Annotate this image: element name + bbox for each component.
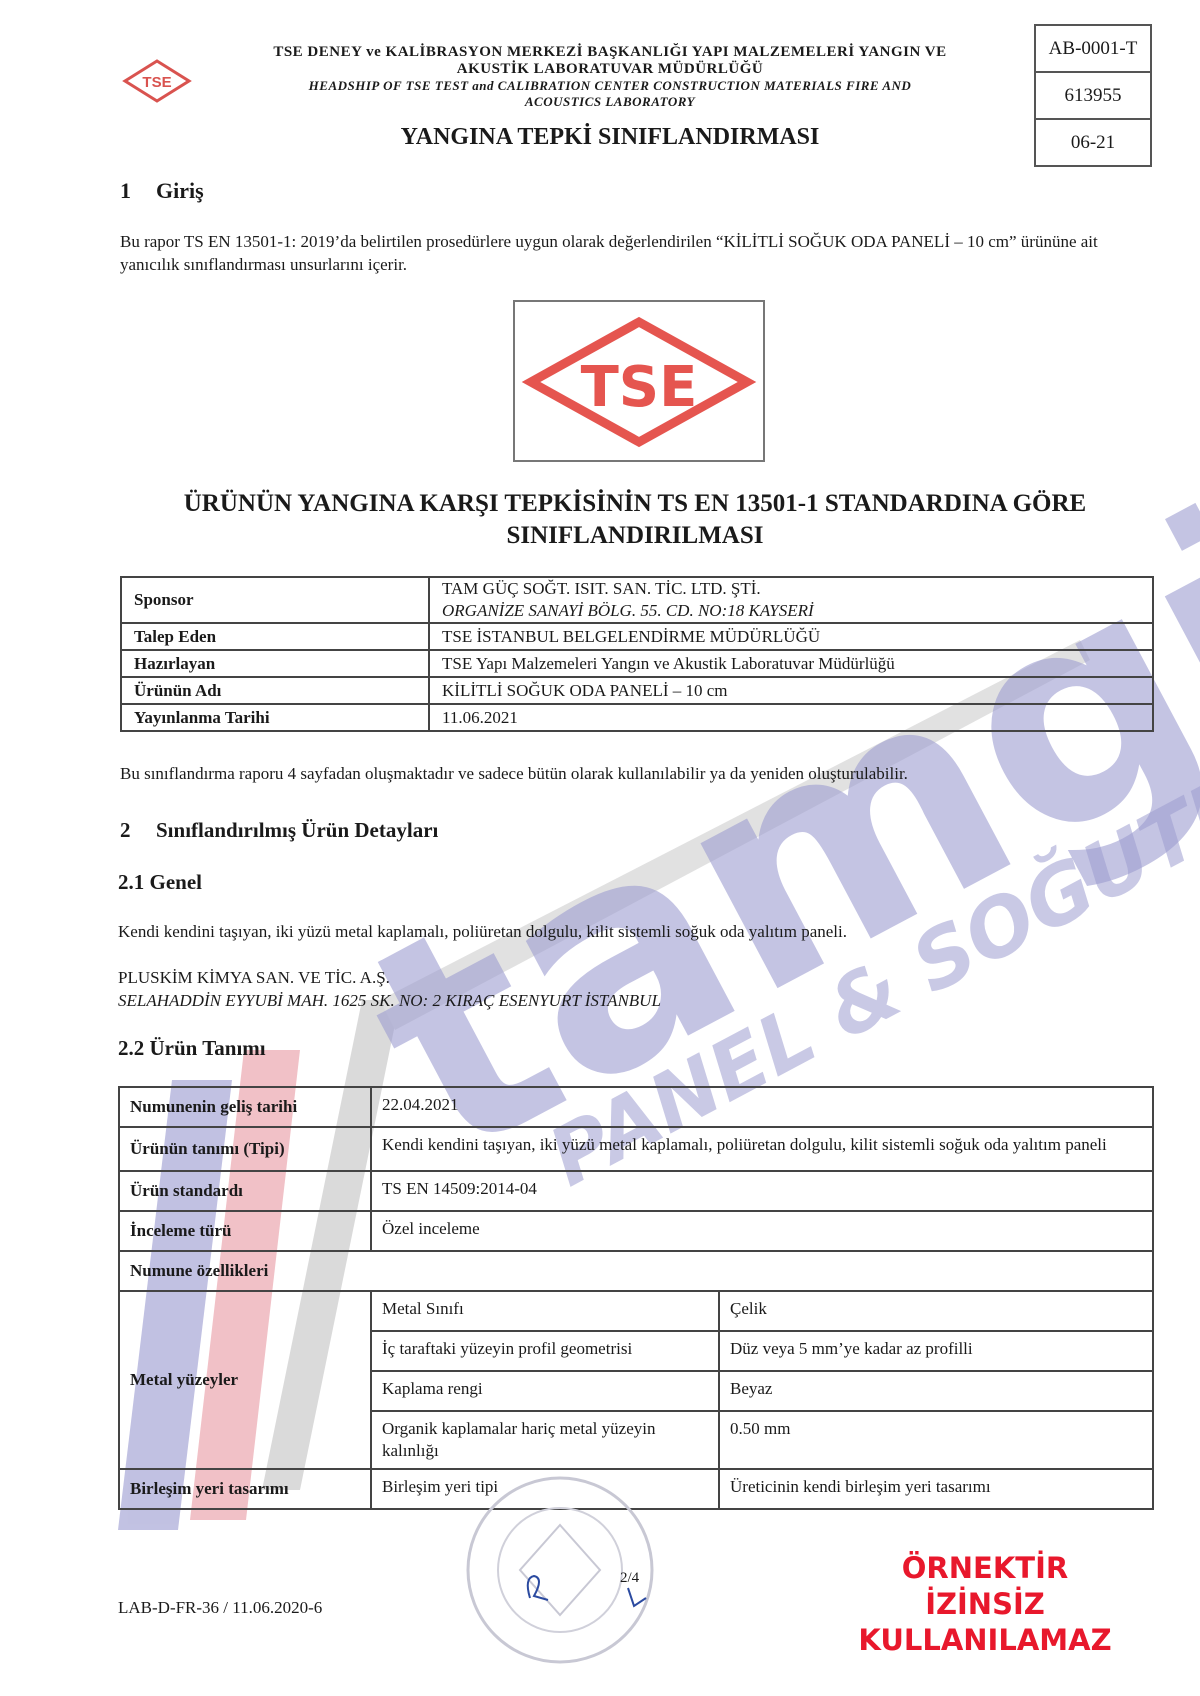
product-definition-table: Numunenin geliş tarihi22.04.2021 Ürünün … <box>118 1086 1154 1510</box>
table-row: HazırlayanTSE Yapı Malzemeleri Yangın ve… <box>121 650 1153 677</box>
document-code-box: AB-0001-T 613955 06-21 <box>1034 24 1152 167</box>
classification-title: ÜRÜNÜN YANGINA KARŞI TEPKİSİNİN TS EN 13… <box>110 488 1160 552</box>
table-row: Numunenin geliş tarihi22.04.2021 <box>119 1087 1153 1127</box>
metal-surfaces-label: Metal yüzeyler <box>119 1291 371 1469</box>
section-2-2-heading: 2.2 Ürün Tanımı <box>118 1036 266 1061</box>
table-row: Talep EdenTSE İSTANBUL BELGELENDİRME MÜD… <box>121 623 1153 650</box>
section-2-1-heading: 2.1 Genel <box>118 870 202 895</box>
supplier-name: PLUSKİM KİMYA SAN. VE TİC. A.Ş. <box>118 966 661 989</box>
sponsor-value: TAM GÜÇ SOĞT. ISIT. SAN. TİC. LTD. ŞTİ. … <box>429 577 1153 623</box>
doc-code: AB-0001-T <box>1036 26 1150 73</box>
supplier-address: SELAHADDİN EYYUBİ MAH. 1625 SK. NO: 2 KI… <box>118 989 661 1012</box>
header-line-2: AKUSTİK LABORATUVAR MÜDÜRLÜĞÜ <box>215 61 1005 78</box>
svg-text:TSE: TSE <box>142 74 171 91</box>
form-code: LAB-D-FR-36 / 11.06.2020-6 <box>118 1598 322 1618</box>
svg-text:TSE: TSE <box>581 355 698 420</box>
table-row: İnceleme türüÖzel inceleme <box>119 1211 1153 1251</box>
table-row: Ürünün AdıKİLİTLİ SOĞUK ODA PANELİ – 10 … <box>121 677 1153 704</box>
page-count-note: Bu sınıflandırma raporu 4 sayfadan oluşm… <box>120 762 1180 785</box>
table-row: Metal yüzeyler Metal SınıfıÇelik <box>119 1291 1153 1331</box>
document-title: YANGINA TEPKİ SINIFLANDIRMASI <box>215 124 1005 151</box>
section-1-heading: 1Giriş <box>120 178 204 204</box>
institution-header: TSE DENEY ve KALİBRASYON MERKEZİ BAŞKANL… <box>215 44 1005 110</box>
section-2-heading: 2Sınıflandırılmış Ürün Detayları <box>120 818 438 843</box>
header-line-4: ACOUSTICS LABORATORY <box>215 94 1005 110</box>
header-line-1: TSE DENEY ve KALİBRASYON MERKEZİ BAŞKANL… <box>215 44 1005 61</box>
report-info-table: Sponsor TAM GÜÇ SOĞT. ISIT. SAN. TİC. LT… <box>120 576 1154 732</box>
table-row: Yayınlanma Tarihi11.06.2021 <box>121 704 1153 731</box>
tse-logo-box: TSE <box>513 300 765 462</box>
joint-design-label: Birleşim yeri tasarımı <box>119 1469 371 1509</box>
table-row: Ürünün tanımı (Tipi)Kendi kendini taşıya… <box>119 1127 1153 1171</box>
tse-logo-icon: TSE <box>515 302 763 460</box>
report-date-code: 06-21 <box>1036 120 1150 165</box>
features-header: Numune özellikleri <box>119 1251 1153 1291</box>
header-line-3: HEADSHIP OF TSE TEST and CALIBRATION CEN… <box>215 78 1005 94</box>
sample-stamp: ÖRNEKTİR İZİNSİZ KULLANILAMAZ <box>850 1550 1120 1658</box>
report-number: 613955 <box>1036 73 1150 120</box>
table-row: Numune özellikleri <box>119 1251 1153 1291</box>
intro-paragraph: Bu rapor TS EN 13501-1: 2019’da belirtil… <box>120 230 1160 276</box>
page-number: 2/4 <box>620 1570 639 1587</box>
general-description: Kendi kendini taşıyan, iki yüzü metal ka… <box>118 920 847 943</box>
table-row: Ürün standardıTS EN 14509:2014-04 <box>119 1171 1153 1211</box>
sponsor-label: Sponsor <box>121 577 429 623</box>
supplier-info: PLUSKİM KİMYA SAN. VE TİC. A.Ş. SELAHADD… <box>118 966 661 1012</box>
tse-header-logo: TSE <box>122 58 192 104</box>
table-row: Sponsor TAM GÜÇ SOĞT. ISIT. SAN. TİC. LT… <box>121 577 1153 623</box>
